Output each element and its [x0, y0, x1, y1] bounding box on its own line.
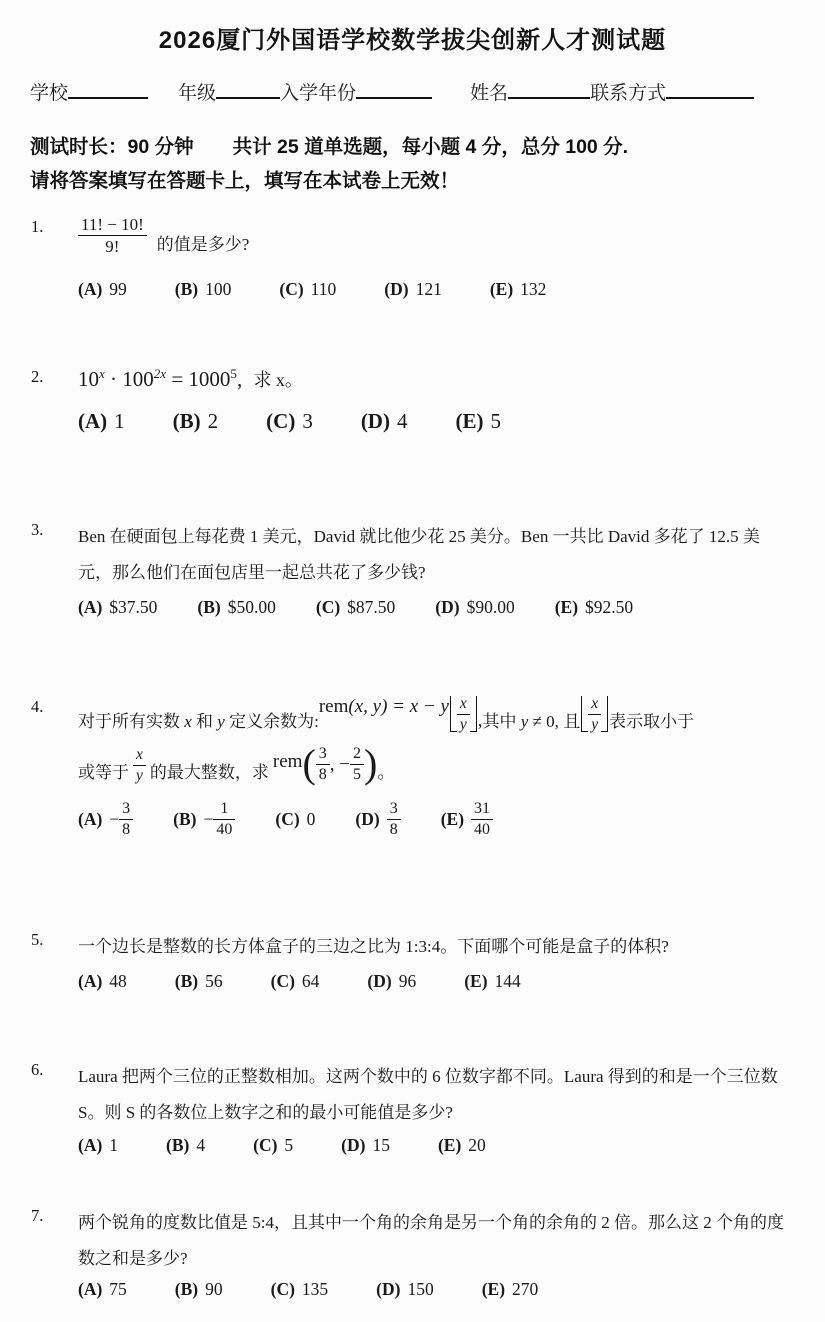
left-paren: (: [302, 748, 315, 781]
math-exponent: 2x: [154, 366, 166, 381]
question-text: 的值是多少?: [157, 230, 250, 255]
option-label: (D): [435, 597, 459, 618]
fraction-numerator: 1: [213, 801, 235, 819]
option: (C)64: [271, 971, 320, 992]
question-2: 2. 10x · 1002x = 10005, 求 x。 (A)1 (B)2 (…: [0, 366, 825, 434]
option-label: (E): [482, 1279, 505, 1300]
option-label: (A): [78, 279, 102, 300]
options-row: (A)$37.50 (B)$50.00 (C)$87.50 (D)$90.00 …: [78, 597, 825, 618]
fraction: 38: [387, 801, 401, 838]
rem-label: rem: [319, 696, 349, 717]
fraction: x y: [133, 747, 146, 783]
question-text: 或等于: [78, 758, 129, 783]
option-label: (E): [441, 809, 464, 830]
option-label: (D): [341, 1135, 365, 1156]
math-args: (x, y) = x − y: [348, 696, 449, 717]
option: (D)$90.00: [435, 597, 514, 618]
option-value: 5: [490, 409, 501, 434]
option: (B)2: [173, 409, 219, 434]
question-text: Ben 在硬面包上每花费 1 美元，David 就比他少花 25 美分。Ben …: [78, 519, 790, 591]
math-var: x: [184, 712, 192, 731]
option-label: (D): [361, 409, 390, 434]
option: (D)15: [341, 1135, 390, 1156]
option-value: 3: [302, 409, 313, 434]
text-part: ≠ 0,: [528, 712, 559, 731]
option-label: (E): [555, 597, 578, 618]
name-blank: [508, 82, 590, 99]
question-text: 表示取小于: [609, 707, 694, 732]
option-label: (B): [175, 971, 198, 992]
question-number: 4.: [31, 697, 43, 717]
question-4: 4. 对于所有实数 x 和 y 定义余数为: rem(x, y) = x − y…: [0, 696, 825, 838]
fraction: 38: [119, 801, 133, 838]
option-label: (B): [175, 1279, 198, 1300]
math-term: 10: [78, 367, 99, 391]
option: (E)3140: [441, 801, 493, 838]
right-paren: ): [364, 748, 377, 781]
option-label: (B): [166, 1135, 189, 1156]
option: (A)1: [78, 409, 125, 434]
option-label: (E): [464, 971, 487, 992]
question-text: 其中 y ≠ 0, 且: [483, 707, 581, 732]
option-value: 4: [397, 409, 408, 434]
option: (E)5: [455, 409, 501, 434]
option: (A)$37.50: [78, 597, 157, 618]
math-comma: , −: [330, 754, 350, 776]
option: (E)20: [438, 1135, 486, 1156]
school-blank: [68, 82, 148, 99]
option-label: (A): [78, 971, 102, 992]
enroll-year-label: 入学年份: [280, 83, 356, 104]
option-value: 144: [495, 971, 521, 992]
option: (A)48: [78, 971, 127, 992]
question-3: 3. Ben 在硬面包上每花费 1 美元，David 就比他少花 25 美分。B…: [0, 519, 825, 618]
question-line-2: 或等于 x y 的最大整数，求 rem ( 3 8 , − 2 5 ): [78, 746, 825, 783]
rem-formula: rem(x, y) = x − y: [319, 696, 449, 718]
option-value: $92.50: [585, 597, 633, 618]
math-term: = 1000: [166, 367, 230, 391]
options-row: (A)1 (B)4 (C)5 (D)15 (E)20: [78, 1135, 825, 1156]
question-body: 10x · 1002x = 10005, 求 x。: [78, 366, 825, 392]
text-part: 其中: [483, 712, 521, 731]
option-value: 1: [114, 409, 125, 434]
option-label: (C): [275, 809, 299, 830]
text-part: 和: [192, 712, 218, 731]
option-value: 121: [416, 279, 442, 300]
text-part: 且: [559, 712, 580, 731]
option-label: (C): [253, 1135, 277, 1156]
student-info-form: 学校年级入学年份姓名联系方式: [30, 78, 810, 105]
formula: 10x · 1002x = 10005,: [78, 367, 242, 391]
question-text: 。: [377, 758, 394, 783]
fraction-numerator: x: [133, 747, 146, 765]
option: (D)150: [376, 1279, 434, 1300]
minus-sign: −: [109, 809, 119, 830]
math-term: · 100: [105, 367, 154, 391]
math-term: ,: [237, 367, 242, 391]
enroll-year-blank: [356, 82, 432, 99]
question-number: 3.: [31, 520, 43, 540]
contact-label: 联系方式: [590, 83, 666, 104]
option-label: (D): [376, 1279, 400, 1300]
option-value: $50.00: [228, 597, 276, 618]
option-label: (B): [197, 597, 220, 618]
option: (B)4: [166, 1135, 205, 1156]
fraction-numerator: 3: [119, 801, 133, 819]
grade-blank: [216, 82, 280, 99]
option-value: $87.50: [347, 597, 395, 618]
option: (D)38: [355, 801, 400, 838]
option: (D)4: [361, 409, 408, 434]
fraction-numerator: 31: [471, 801, 493, 819]
fraction: 11! − 10! 9!: [78, 216, 147, 255]
fraction-numerator: 2: [350, 746, 364, 764]
option-label: (D): [384, 279, 408, 300]
option-label: (A): [78, 409, 107, 434]
fraction-denominator: 8: [119, 819, 133, 838]
option-value: 150: [407, 1279, 433, 1300]
floor-left-bracket: [450, 696, 457, 732]
option: (E)270: [482, 1279, 539, 1300]
option: (A)99: [78, 279, 127, 300]
instructions-line-2: 请将答案填写在答题卡上，填写在本试卷上无效！: [30, 164, 800, 198]
option-value: $90.00: [467, 597, 515, 618]
fraction-denominator: 40: [471, 819, 493, 838]
instructions: 测试时长：90 分钟 共计 25 道单选题，每小题 4 分，总分 100 分. …: [30, 130, 800, 198]
grade-label: 年级: [178, 83, 216, 104]
option-label: (C): [266, 409, 295, 434]
option-value: 96: [399, 971, 417, 992]
option-value: $37.50: [109, 597, 157, 618]
instructions-line-1: 测试时长：90 分钟 共计 25 道单选题，每小题 4 分，总分 100 分.: [30, 130, 800, 164]
text-part: 定义余数为:: [225, 712, 319, 731]
option: (A)−38: [78, 801, 133, 838]
option-label: (D): [367, 971, 391, 992]
fraction-denominator: 40: [213, 819, 235, 838]
options-row: (A)75 (B)90 (C)135 (D)150 (E)270: [78, 1279, 825, 1300]
contact-blank: [666, 82, 754, 99]
option: (D)96: [367, 971, 416, 992]
option-value: 5: [284, 1135, 293, 1156]
option: (B)−140: [173, 801, 235, 838]
option: (A)1: [78, 1135, 118, 1156]
fraction: 3 8: [316, 746, 330, 783]
option-label: (B): [173, 809, 196, 830]
option: (E)132: [490, 279, 547, 300]
option-value: 75: [109, 1279, 127, 1300]
option: (E)144: [464, 971, 521, 992]
floor-left-bracket: [581, 696, 588, 732]
option-label: (C): [316, 597, 340, 618]
question-text: 一个边长是整数的长方体盒子的三边之比为 1:3:4。下面哪个可能是盒子的体积?: [78, 929, 790, 965]
option-label: (D): [355, 809, 379, 830]
question-7: 7. 两个锐角的度数比值是 5:4，且其中一个角的余角是另一个角的余角的 2 倍…: [0, 1205, 825, 1300]
option: (B)90: [175, 1279, 223, 1300]
question-text: Laura 把两个三位的正整数相加。这两个数中的 6 位数字都不同。Laura …: [78, 1059, 790, 1131]
text-part: 对于所有实数: [78, 712, 184, 731]
floor-right-bracket: [601, 696, 608, 732]
option: (C)0: [275, 809, 315, 830]
option: (D)121: [384, 279, 442, 300]
option-label: (A): [78, 1279, 102, 1300]
option-label: (E): [490, 279, 513, 300]
option-value: 48: [109, 971, 127, 992]
option-label: (C): [271, 1279, 295, 1300]
option-value: 110: [311, 279, 337, 300]
fraction-numerator: 11! − 10!: [78, 216, 147, 235]
option-value: 56: [205, 971, 223, 992]
option-value: 270: [512, 1279, 538, 1300]
test-paper: 2026厦门外国语学校数学拔尖创新人才测试题 学校年级入学年份姓名联系方式 测试…: [0, 0, 825, 1322]
option-value: 135: [302, 1279, 328, 1300]
option-value: 20: [468, 1135, 486, 1156]
floor-brackets: x y: [581, 696, 608, 732]
page-title: 2026厦门外国语学校数学拔尖创新人才测试题: [0, 20, 825, 55]
question-number: 1.: [31, 217, 43, 237]
question-number: 2.: [31, 367, 43, 387]
option-value: 90: [205, 1279, 223, 1300]
question-text: 的最大整数，求: [150, 758, 269, 783]
option-value: 4: [196, 1135, 205, 1156]
option: (C)$87.50: [316, 597, 395, 618]
option-value: 64: [302, 971, 320, 992]
options-row: (A)99 (B)100 (C)110 (D)121 (E)132: [78, 279, 825, 300]
option-label: (A): [78, 809, 102, 830]
rem-arguments: ( 3 8 , − 2 5 ): [302, 746, 377, 783]
option-value: 99: [109, 279, 127, 300]
option: (B)$50.00: [197, 597, 275, 618]
option-label: (E): [438, 1135, 461, 1156]
floor-right-bracket: [470, 696, 477, 732]
question-number: 5.: [31, 930, 43, 950]
fraction: 140: [213, 801, 235, 838]
question-text: 求 x。: [253, 370, 303, 390]
math-var: y: [217, 712, 225, 731]
fraction-denominator: 5: [350, 764, 364, 783]
question-text: 对于所有实数 x 和 y 定义余数为:: [78, 707, 319, 732]
option: (C)110: [279, 279, 336, 300]
minus-sign: −: [204, 809, 214, 830]
question-line-1: 对于所有实数 x 和 y 定义余数为: rem(x, y) = x − y x …: [78, 696, 825, 732]
option-label: (E): [455, 409, 483, 434]
fraction-denominator: 9!: [78, 235, 147, 255]
option: (B)56: [175, 971, 223, 992]
fraction-numerator: x: [457, 696, 470, 714]
option-value: 2: [208, 409, 219, 434]
option-label: (C): [279, 279, 303, 300]
options-row: (A)−38 (B)−140 (C)0 (D)38 (E)3140: [78, 801, 825, 838]
option-value: 1: [109, 1135, 118, 1156]
fraction: 2 5: [350, 746, 364, 783]
name-label: 姓名: [470, 83, 508, 104]
fraction-numerator: 3: [316, 746, 330, 764]
option-label: (B): [175, 279, 198, 300]
school-label: 学校: [30, 83, 68, 104]
fraction-numerator: 3: [387, 801, 401, 819]
fraction-denominator: 8: [316, 764, 330, 783]
option-value: 15: [372, 1135, 390, 1156]
fraction-denominator: y: [588, 714, 601, 733]
question-number: 7.: [31, 1206, 43, 1226]
options-row: (A)48 (B)56 (C)64 (D)96 (E)144: [78, 971, 825, 992]
option: (B)100: [175, 279, 232, 300]
option-label: (A): [78, 597, 102, 618]
fraction: 3140: [471, 801, 493, 838]
option-label: (B): [173, 409, 201, 434]
option-value: 132: [520, 279, 546, 300]
question-1: 1. 11! − 10! 9! 的值是多少? (A)99 (B)100 (C)1…: [0, 216, 825, 300]
options-row: (A)1 (B)2 (C)3 (D)4 (E)5: [78, 409, 825, 434]
option-label: (C): [271, 971, 295, 992]
question-text: 两个锐角的度数比值是 5:4，且其中一个角的余角是另一个角的余角的 2 倍。那么…: [78, 1205, 790, 1277]
option: (C)135: [271, 1279, 329, 1300]
option-value: 100: [205, 279, 231, 300]
rem-label: rem: [273, 751, 303, 773]
fraction-numerator: x: [588, 696, 601, 714]
fraction-denominator: 8: [387, 819, 401, 838]
question-6: 6. Laura 把两个三位的正整数相加。这两个数中的 6 位数字都不同。Lau…: [0, 1059, 825, 1156]
question-number: 6.: [31, 1060, 43, 1080]
option: (A)75: [78, 1279, 127, 1300]
option-label: (A): [78, 1135, 102, 1156]
fraction-denominator: y: [133, 765, 146, 784]
option: (E)$92.50: [555, 597, 633, 618]
option-value: 0: [307, 809, 316, 830]
option: (C)3: [266, 409, 313, 434]
fraction-denominator: y: [457, 714, 470, 733]
option: (C)5: [253, 1135, 293, 1156]
question-body: 11! − 10! 9! 的值是多少?: [78, 216, 825, 255]
question-5: 5. 一个边长是整数的长方体盒子的三边之比为 1:3:4。下面哪个可能是盒子的体…: [0, 929, 825, 992]
floor-brackets: x y: [450, 696, 477, 732]
